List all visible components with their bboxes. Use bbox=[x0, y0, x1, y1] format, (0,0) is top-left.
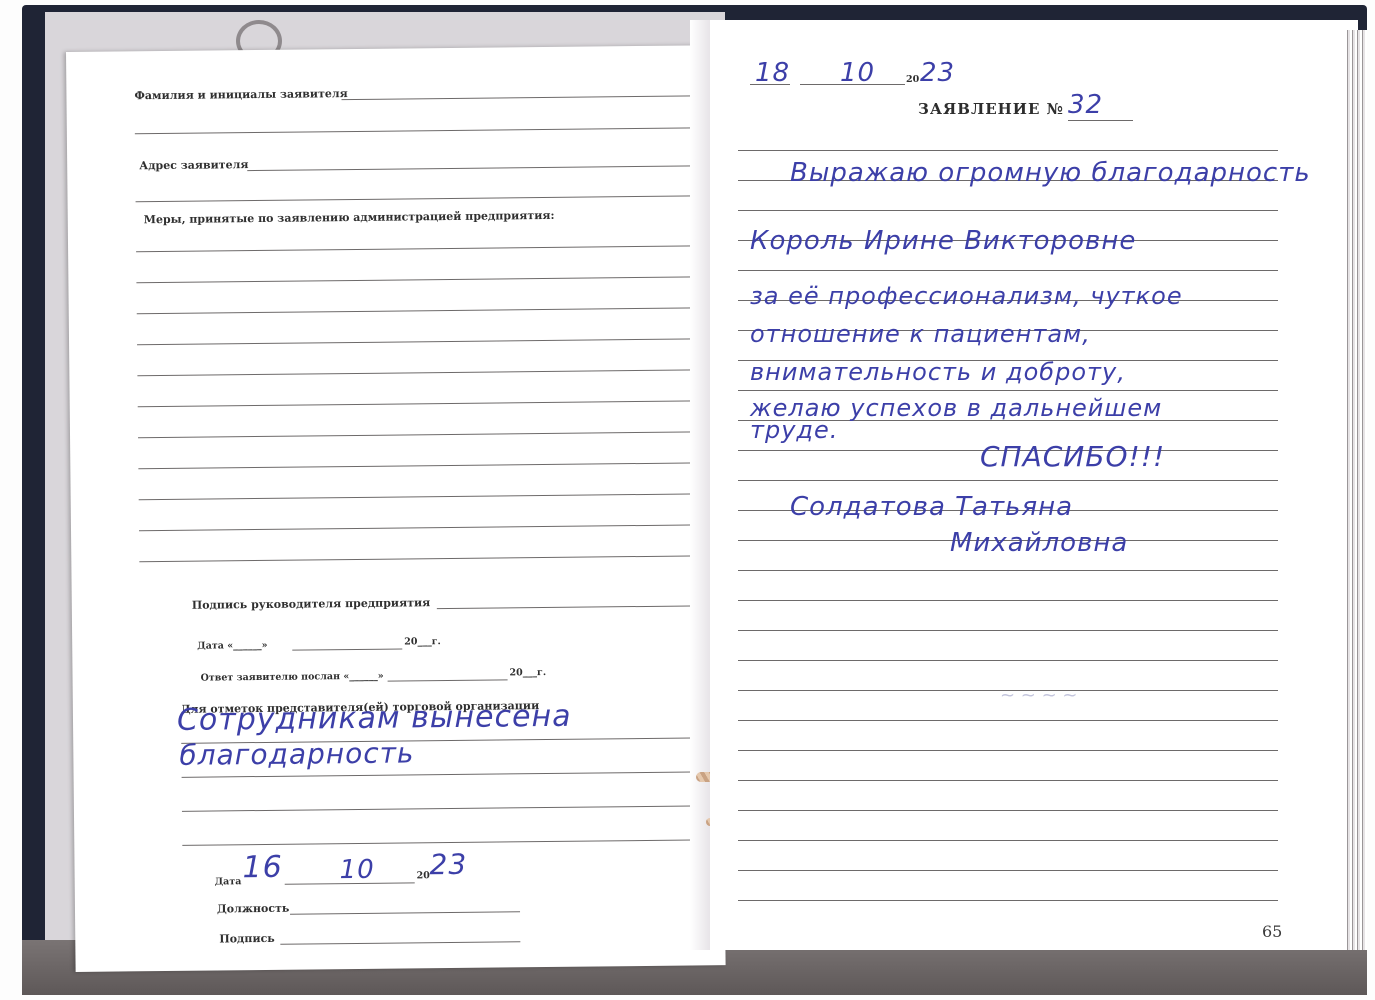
applicant-address-line bbox=[247, 165, 697, 171]
rule-line bbox=[738, 210, 1278, 211]
manager-signature-label: Подпись руководителя предприятия bbox=[192, 596, 431, 611]
handwritten-note-line-2: благодарность bbox=[179, 736, 414, 771]
signature-label: Подпись bbox=[219, 932, 275, 946]
header-month-line bbox=[800, 84, 905, 85]
reply-sent-line bbox=[388, 679, 508, 681]
footer-date-month: 10 bbox=[339, 855, 374, 885]
statement-number: 32 bbox=[1068, 90, 1103, 120]
rule-line bbox=[136, 195, 698, 202]
header-day-line bbox=[750, 84, 790, 85]
statement-title: ЗАЯВЛЕНИЕ № bbox=[918, 100, 1064, 118]
rule-line bbox=[137, 369, 699, 376]
measures-label: Меры, принятые по заявлению администраци… bbox=[144, 209, 555, 226]
applicant-name-line bbox=[342, 95, 697, 100]
applicant-name-label: Фамилия и инициалы заявителя bbox=[134, 87, 347, 102]
rule-line bbox=[738, 150, 1278, 151]
left-page: Фамилия и инициалы заявителя Адрес заяви… bbox=[66, 45, 726, 972]
rule-line bbox=[738, 480, 1278, 481]
footer-date-day: 16 bbox=[242, 850, 283, 885]
statement-line: Выражаю огромную благодарность bbox=[790, 158, 1311, 188]
rule-line bbox=[182, 771, 704, 777]
reply-sent-label: Ответ заявителю послан «______» bbox=[201, 671, 384, 684]
rule-line bbox=[738, 270, 1278, 271]
rule-line bbox=[738, 840, 1278, 841]
rule-line bbox=[139, 555, 701, 562]
rule-line bbox=[139, 524, 701, 531]
rule-line bbox=[738, 720, 1278, 721]
rule-line bbox=[139, 493, 701, 500]
rule-line bbox=[136, 245, 698, 252]
bleed-through-text: ~ ~ ~ ~ bbox=[1000, 685, 1078, 706]
signature-line bbox=[280, 941, 520, 945]
rule-line bbox=[135, 127, 697, 134]
footer-date-year-prefix: 20 bbox=[417, 870, 430, 881]
rule-line bbox=[738, 630, 1278, 631]
rule-line bbox=[738, 810, 1278, 811]
footer-date-label: Дата bbox=[215, 876, 242, 887]
statement-line: Король Ирине Викторовне bbox=[750, 226, 1136, 256]
rule-line bbox=[738, 750, 1278, 751]
decision-date-year: 20___г. bbox=[404, 636, 441, 647]
page-edges bbox=[1345, 30, 1367, 950]
right-page: 18 10 20 23 ЗАЯВЛЕНИЕ № 32 Выражаю огром… bbox=[710, 20, 1358, 950]
manager-signature-line bbox=[437, 605, 702, 609]
rule-line bbox=[738, 780, 1278, 781]
signature-name-line-1: Солдатова Татьяна bbox=[790, 492, 1073, 522]
position-label: Должность bbox=[217, 902, 289, 916]
rule-line bbox=[738, 570, 1278, 571]
rule-line bbox=[182, 839, 704, 845]
rule-line bbox=[137, 338, 699, 345]
statement-line: труде. bbox=[750, 416, 838, 444]
statement-line: за её профессионализм, чуткое bbox=[750, 282, 1183, 310]
statement-number-line bbox=[1068, 120, 1133, 121]
rule-line bbox=[137, 307, 699, 314]
rule-line bbox=[738, 900, 1278, 901]
rule-line bbox=[738, 600, 1278, 601]
rule-line bbox=[138, 431, 700, 438]
statement-line: отношение к пациентам, bbox=[750, 320, 1091, 348]
rule-line bbox=[738, 660, 1278, 661]
decision-date-line bbox=[292, 649, 402, 651]
statement-line: СПАСИБО!!! bbox=[980, 440, 1165, 473]
rule-line bbox=[138, 462, 700, 469]
position-line bbox=[290, 911, 520, 914]
handwritten-note-line-1: Сотрудникам вынесена bbox=[177, 699, 572, 738]
header-date-year-prefix: 20 bbox=[906, 74, 919, 85]
decision-date-label: Дата «______» bbox=[197, 640, 267, 652]
rule-line bbox=[738, 870, 1278, 871]
rule-line bbox=[138, 400, 700, 407]
statement-line: внимательность и доброту, bbox=[750, 358, 1126, 386]
rule-line bbox=[182, 805, 704, 811]
page-number: 65 bbox=[1262, 922, 1282, 941]
signature-name-line-2: Михайловна bbox=[950, 528, 1128, 558]
header-date-year: 23 bbox=[920, 58, 955, 88]
rule-line bbox=[136, 276, 698, 283]
footer-date-year: 23 bbox=[429, 848, 467, 881]
reply-sent-year: 20___г. bbox=[509, 667, 546, 678]
rule-line bbox=[738, 390, 1278, 391]
applicant-address-label: Адрес заявителя bbox=[139, 158, 248, 172]
